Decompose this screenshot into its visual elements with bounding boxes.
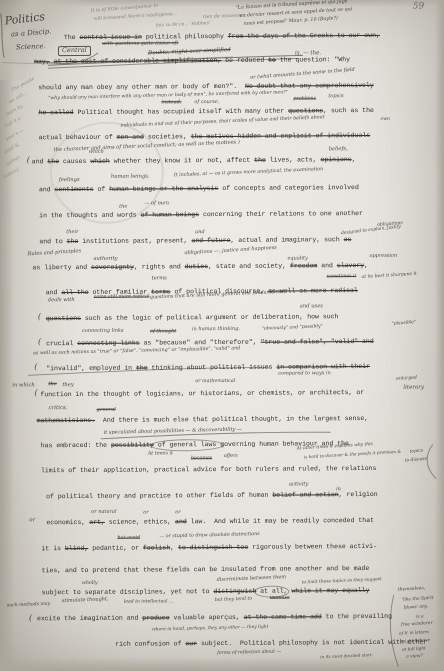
handwritten-annotation: the [119, 205, 127, 210]
handwritten-annotation: they [62, 383, 73, 388]
handwritten-annotation: some still more radical [94, 296, 150, 301]
handwritten-annotation: their [66, 230, 78, 235]
handwritten-annotation: nous est proposé" Maur. p. 10 (Bayle?) [244, 17, 338, 27]
handwritten-annotation: literary [403, 386, 424, 392]
handwritten-annotation: At times it [148, 452, 173, 457]
handwritten-annotation: compared to ways in [278, 371, 331, 376]
handwritten-annotation: a view? [406, 655, 423, 660]
pencil-note: we call… [8, 92, 29, 106]
handwritten-annotation: ( [29, 614, 32, 622]
handwritten-annotation: the [48, 382, 57, 387]
handwritten-annotation: becomes [191, 457, 212, 462]
pencil-note: had it a [4, 117, 22, 129]
handwritten-annotation: where in hand, perhaps, they any other —… [152, 626, 268, 633]
handwritten-annotation: to discuss [405, 458, 427, 464]
handwritten-annotation: critics. [48, 406, 67, 412]
handwritten-annotation: at its best it sharpens it [361, 273, 416, 281]
handwritten-annotation: it speculated about possibilities — & di… [104, 427, 242, 435]
handwritten-annotation: Politics [4, 11, 45, 26]
handwritten-annotation: own [380, 118, 389, 123]
handwritten-annotation: will transcend North's intelligence… [94, 13, 178, 22]
handwritten-annotation: problems [293, 97, 316, 102]
handwritten-annotation: such methods may [7, 603, 51, 609]
handwritten-annotation: or [29, 518, 35, 524]
handwritten-annotation: Central [58, 46, 91, 56]
handwritten-annotation: to limit these topics as they suggest [302, 578, 382, 586]
handwritten-annotation: of thought [150, 329, 176, 334]
handwritten-annotation: general [97, 408, 116, 413]
handwritten-annotation: designed to explain, justify [341, 225, 401, 236]
handwritten-annotation: — or stupid to draw absolute distinction… [159, 533, 259, 540]
handwritten-annotation: of h' in letters [399, 630, 429, 636]
handwritten-annotation: which [89, 150, 104, 155]
handwritten-annotation: wholly [82, 582, 98, 587]
handwritten-annotation: themselves, [398, 587, 426, 593]
handwritten-annotation: at full light [402, 646, 426, 652]
handwritten-annotation: activity [289, 482, 308, 487]
handwritten-annotation: discriminate between them [217, 575, 287, 583]
handwritten-annotation: sometimes it [327, 275, 357, 280]
handwritten-annotation: or mathematical [195, 380, 235, 385]
handwritten-annotation: might behave [401, 638, 430, 644]
handwritten-annotation: in [336, 487, 341, 492]
handwritten-annotation: the character and aims of their social c… [54, 140, 240, 153]
pencil-note: year's — [6, 129, 26, 143]
handwritten-annotation: lead to intellectual … [124, 600, 174, 605]
handwritten-annotation: "plausible" [392, 321, 416, 327]
handwritten-annotation: 'like the Spirit [402, 597, 434, 603]
handwritten-annotation: ( [38, 338, 41, 346]
handwritten-annotation: obligations —, justice and happiness [184, 246, 277, 256]
handwritten-annotation: It includes, at — as it grows more analy… [174, 168, 324, 179]
handwritten-annotation: in which [12, 383, 34, 388]
handwritten-annotation: in human thinking. [192, 327, 240, 332]
handwritten-annotation: authority [93, 257, 117, 262]
handwritten-annotation: and uses [300, 304, 323, 309]
handwritten-annotation: is hard to discover & the proofs it prom… [304, 450, 402, 460]
handwritten-annotation: terms [152, 276, 167, 281]
pencil-note: Natural [3, 168, 21, 181]
handwritten-annotation: equality [287, 256, 307, 261]
handwritten-annotation: Rules and principles [27, 249, 81, 257]
handwritten-annotation: topics [328, 94, 343, 99]
handwritten-annotation: or [143, 511, 148, 516]
handwritten-annotation: of course, [194, 100, 219, 105]
pencil-note: gather. [6, 156, 23, 168]
manuscript-page: 59 The central issue in political philos… [0, 0, 444, 671]
handwritten-annotation: or natural [91, 510, 116, 515]
handwritten-annotation: as well as such notions as "true" or "fa… [33, 347, 240, 357]
handwritten-annotation: oppression [369, 254, 397, 259]
handwritten-annotation: with questions quite (issue of) [102, 41, 179, 47]
handwritten-annotation: ( [38, 313, 41, 321]
page-content: 59 The central issue in political philos… [0, 0, 444, 671]
handwritten-annotation: deals with [48, 298, 75, 303]
handwritten-annotation: but avoid [117, 537, 140, 542]
handwritten-annotation: questions that are still more general an… [150, 290, 286, 301]
handwritten-annotation: or [175, 510, 180, 515]
handwritten-annotation: or (what amounts to the same in the fiel… [250, 68, 355, 81]
handwritten-annotation: Science. [16, 43, 46, 51]
pencil-note: good & [4, 144, 21, 156]
handwritten-annotation: feelings [59, 178, 80, 183]
handwritten-annotation: but they tend to [215, 597, 252, 603]
handwritten-annotation: Doubts, might over-simplified [148, 48, 231, 57]
pencil-note: born by [6, 105, 24, 118]
handwritten-annotation: and [195, 230, 204, 235]
handwritten-annotation: is, — the. [295, 51, 321, 57]
handwritten-annotation: is a [416, 616, 424, 620]
handwritten-annotation: in its most decided start. [320, 653, 373, 659]
handwritten-annotation: topics [410, 449, 424, 455]
handwritten-annotation: ( [27, 156, 30, 164]
handwritten-annotation: increase [270, 597, 290, 602]
handwritten-annotation: as a Discip. [11, 28, 52, 38]
handwritten-annotation: beliefs, [329, 147, 348, 152]
handwritten-annotation: blows' any. [404, 605, 428, 611]
handwritten-annotation: connecting links [82, 329, 124, 334]
handwritten-annotation: ( [34, 389, 37, 397]
handwritten-annotation: "obviously" and "possibly" [262, 325, 323, 332]
handwritten-annotation: human beings. [111, 175, 150, 180]
handwritten-annotation: stimulate thought, [62, 597, 109, 604]
annotation-layer: Politicsas a Discip.Science.It is of lit… [0, 0, 444, 671]
handwritten-annotation: individuals in and out of their purposes… [120, 116, 324, 129]
handwritten-annotation: enlarged [396, 377, 417, 383]
handwritten-annotation: forms of reflection about — [217, 650, 281, 656]
handwritten-annotation: instead, [161, 100, 181, 105]
handwritten-annotation: fais vu de ce… 'Hobbes' [156, 22, 210, 29]
handwritten-annotation: free wanderer [401, 622, 433, 628]
handwritten-annotation: offers [224, 455, 238, 460]
handwritten-annotation: — of men [144, 201, 169, 206]
handwritten-annotation: ( [34, 363, 37, 371]
